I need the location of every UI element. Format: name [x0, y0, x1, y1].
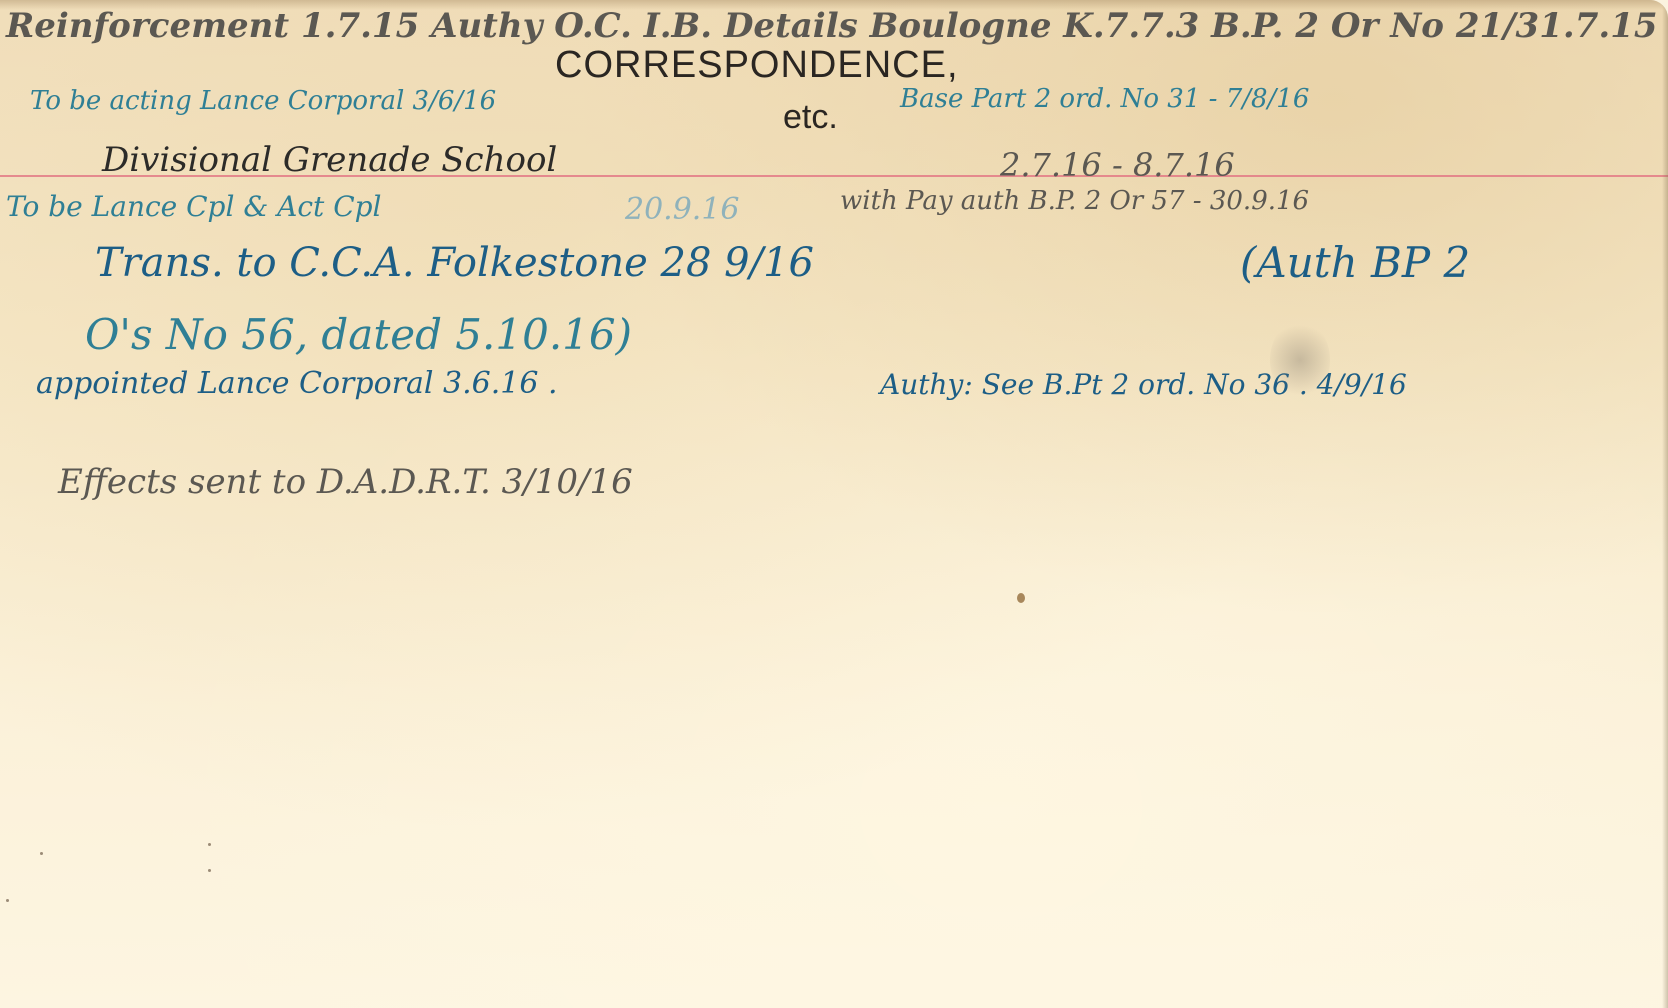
entry-base-part: Base Part 2 ord. No 31 - 7/8/16 [900, 84, 1309, 114]
record-card: CORRESPONDENCE, etc. Reinforcement 1.7.1… [0, 0, 1668, 1008]
entry-lance-cpl-date: 20.9.16 [625, 192, 740, 227]
smudge-mark [1270, 320, 1330, 400]
entry-transfer-auth: (Auth BP 2 [1240, 238, 1470, 287]
entry-acting-lance-corporal: To be acting Lance Corporal 3/6/16 [30, 86, 496, 116]
entry-reinforcement: Reinforcement 1.7.15 Authy O.C. I.B. Det… [6, 6, 1658, 46]
entry-transfer: Trans. to C.C.A. Folkestone 28 9/16 [95, 240, 814, 286]
speck-mark [40, 852, 43, 855]
entry-grenade-school-dates: 2.7.16 - 8.7.16 [1000, 146, 1235, 184]
entry-transfer-order: O's No 56, dated 5.10.16) [85, 310, 632, 359]
speck-mark [208, 843, 211, 846]
printed-subheading: etc. [783, 98, 838, 137]
entry-effects: Effects sent to D.A.D.R.T. 3/10/16 [58, 462, 633, 502]
printed-heading: CORRESPONDENCE, [555, 44, 959, 87]
stain-mark [1017, 593, 1025, 603]
entry-pay-auth: with Pay auth B.P. 2 Or 57 - 30.9.16 [840, 186, 1309, 216]
entry-appointed: appointed Lance Corporal 3.6.16 . [36, 366, 558, 401]
entry-lance-cpl: To be Lance Cpl & Act Cpl [6, 190, 382, 223]
entry-grenade-school: Divisional Grenade School [102, 140, 557, 180]
speck-mark [208, 869, 211, 872]
speck-mark [6, 899, 9, 902]
